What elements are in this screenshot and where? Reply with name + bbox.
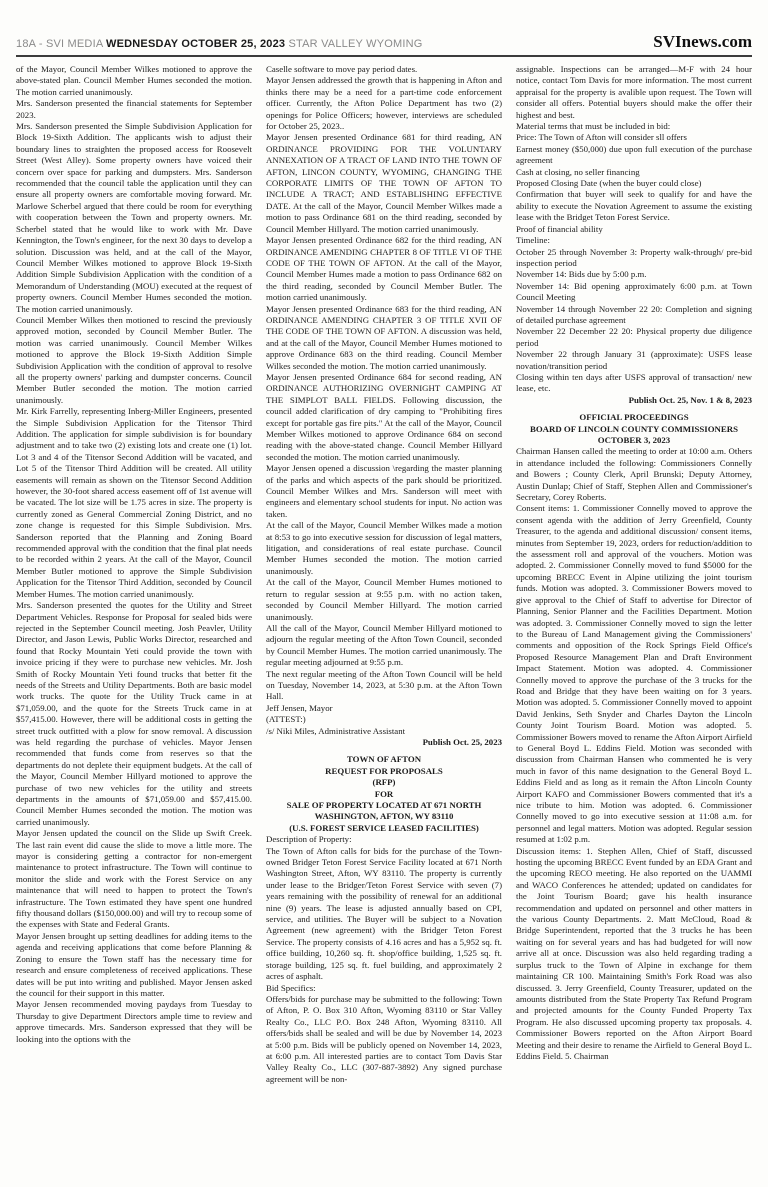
notice-heading: TOWN OF AFTONREQUEST FOR PROPOSALS(RFP)F… bbox=[266, 754, 502, 834]
body-paragraph: October 25 through November 3: Property … bbox=[516, 247, 752, 270]
body-paragraph: Timeline: bbox=[516, 235, 752, 246]
body-paragraph: November 14: Bids due by 5:00 p.m. bbox=[516, 269, 752, 280]
legal-notices-body: of the Mayor, Council Member Wilkes moti… bbox=[0, 57, 768, 1184]
body-paragraph: Consent items: 1. Commissioner Connelly … bbox=[516, 503, 752, 845]
body-paragraph: of the Mayor, Council Member Wilkes moti… bbox=[16, 64, 252, 98]
body-paragraph: Mayor Jensen addressed the growth that i… bbox=[266, 75, 502, 132]
notice-heading-line: (U.S. FOREST SERVICE LEASED FACILITIES) bbox=[266, 823, 502, 834]
news-column-1: of the Mayor, Council Member Wilkes moti… bbox=[16, 64, 252, 1184]
body-paragraph: Caselle software to move pay period date… bbox=[266, 64, 502, 75]
body-paragraph: Mrs. Sanderson presented the financial s… bbox=[16, 98, 252, 121]
body-paragraph: Proof of financial ability bbox=[516, 224, 752, 235]
region-label: STAR VALLEY WYOMING bbox=[285, 38, 422, 50]
body-paragraph: Mayor Jensen presented Ordinance 683 for… bbox=[266, 304, 502, 372]
publish-date-line: Publish Oct. 25, 2023 bbox=[266, 737, 502, 748]
body-paragraph: November 14: Bid opening approximately 6… bbox=[516, 281, 752, 304]
page-brand-label: 18A - SVI MEDIA bbox=[16, 38, 106, 50]
body-paragraph: Jeff Jensen, Mayor bbox=[266, 703, 502, 714]
body-paragraph: Discussion items: 1. Stephen Allen, Chie… bbox=[516, 846, 752, 1063]
notice-heading: OFFICIAL PROCEEDINGSBOARD OF LINCOLN COU… bbox=[516, 412, 752, 446]
body-paragraph: Mr. Kirk Farrelly, representing Inberg-M… bbox=[16, 406, 252, 600]
body-paragraph: Description of Property: bbox=[266, 834, 502, 845]
body-paragraph: Confirmation that buyer will seek to qua… bbox=[516, 189, 752, 223]
notice-heading-line: SALE OF PROPERTY LOCATED AT 671 NORTH bbox=[266, 800, 502, 811]
body-paragraph: Bid Specifics: bbox=[266, 983, 502, 994]
body-paragraph: November 22 through January 31 (approxim… bbox=[516, 349, 752, 372]
body-paragraph: Mayor Jensen opened a discussion \regard… bbox=[266, 463, 502, 520]
body-paragraph: Proposed Closing Date (when the buyer co… bbox=[516, 178, 752, 189]
notice-heading-line: FOR bbox=[266, 789, 502, 800]
body-paragraph: Earnest money ($50,000) due upon full ex… bbox=[516, 144, 752, 167]
body-paragraph: Material terms that must be included in … bbox=[516, 121, 752, 132]
body-paragraph: Mayor Jensen recommended moving paydays … bbox=[16, 999, 252, 1045]
news-column-3: assignable. Inspections can be arranged—… bbox=[516, 64, 752, 1184]
issue-date-label: WEDNESDAY OCTOBER 25, 2023 bbox=[106, 38, 285, 50]
body-paragraph: The next regular meeting of the Afton To… bbox=[266, 669, 502, 703]
body-paragraph: At the call of the Mayor, Council Member… bbox=[266, 577, 502, 623]
notice-heading-line: BOARD OF LINCOLN COUNTY COMMISSIONERS bbox=[516, 424, 752, 435]
notice-heading-line: WASHINGTON, AFTON, WY 83110 bbox=[266, 811, 502, 822]
body-paragraph: Cash at closing, no seller financing bbox=[516, 167, 752, 178]
publish-date-line: Publish Oct. 25, Nov. 1 & 8, 2023 bbox=[516, 395, 752, 406]
notice-heading-line: (RFP) bbox=[266, 777, 502, 788]
body-paragraph: /s/ Niki Miles, Administrative Assistant bbox=[266, 726, 502, 737]
masthead: 18A - SVI MEDIA WEDNESDAY OCTOBER 25, 20… bbox=[0, 0, 768, 52]
notice-heading-line: REQUEST FOR PROPOSALS bbox=[266, 766, 502, 777]
site-logo: SVInews.com bbox=[653, 32, 752, 52]
body-paragraph: assignable. Inspections can be arranged—… bbox=[516, 64, 752, 121]
body-paragraph: November 14 through November 22 20: Comp… bbox=[516, 304, 752, 327]
body-paragraph: Mayor Jensen presented Ordinance 684 for… bbox=[266, 372, 502, 463]
body-paragraph: Price: The Town of Afton will consider s… bbox=[516, 132, 752, 143]
body-paragraph: The Town of Afton calls for bids for the… bbox=[266, 846, 502, 983]
notice-heading-line: OCTOBER 3, 2023 bbox=[516, 435, 752, 446]
body-paragraph: Mayor Jensen presented Ordinance 681 for… bbox=[266, 132, 502, 235]
notice-heading-line: OFFICIAL PROCEEDINGS bbox=[516, 412, 752, 423]
body-paragraph: Council Member Wilkes then motioned to r… bbox=[16, 315, 252, 406]
body-paragraph: All the call of the Mayor, Council Membe… bbox=[266, 623, 502, 669]
body-paragraph: Mayor Jensen presented Ordinance 682 for… bbox=[266, 235, 502, 303]
masthead-left: 18A - SVI MEDIA WEDNESDAY OCTOBER 25, 20… bbox=[16, 38, 423, 50]
body-paragraph: Mayor Jensen updated the council on the … bbox=[16, 828, 252, 931]
body-paragraph: Closing within ten days after USFS appro… bbox=[516, 372, 752, 395]
body-paragraph: Chairman Hansen called the meeting to or… bbox=[516, 446, 752, 503]
body-paragraph: Mayor Jensen brought up setting deadline… bbox=[16, 931, 252, 999]
body-paragraph: (ATTEST:) bbox=[266, 714, 502, 725]
notice-heading-line: TOWN OF AFTON bbox=[266, 754, 502, 765]
news-column-2: Caselle software to move pay period date… bbox=[266, 64, 502, 1184]
body-paragraph: November 22 December 22 20: Physical pro… bbox=[516, 326, 752, 349]
body-paragraph: Offers/bids for purchase may be submitte… bbox=[266, 994, 502, 1085]
body-paragraph: Mrs. Sanderson presented the quotes for … bbox=[16, 600, 252, 828]
body-paragraph: Mrs. Sanderson presented the Simple Subd… bbox=[16, 121, 252, 315]
body-paragraph: At the call of the Mayor, Council Member… bbox=[266, 520, 502, 577]
